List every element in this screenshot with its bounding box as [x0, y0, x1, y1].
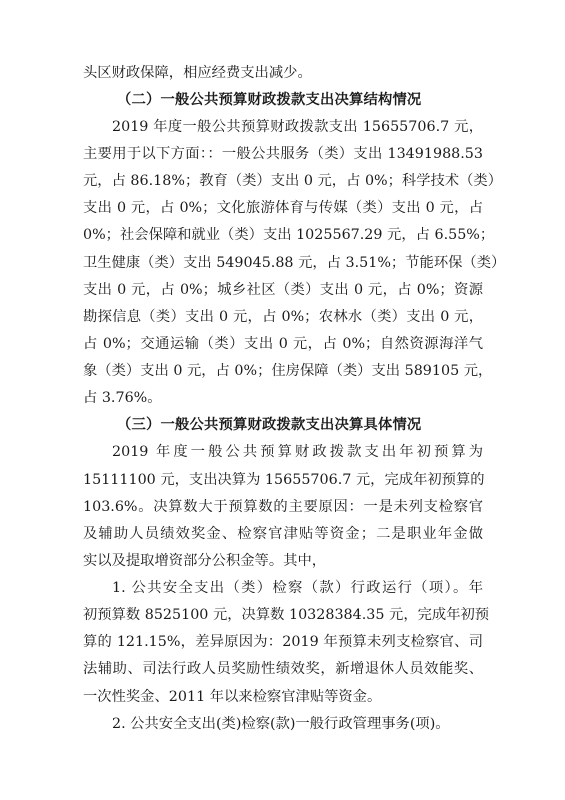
paragraph-line: 15111100 元，支出决算为 15655706.7 元，完成年初预算的 [83, 470, 483, 490]
paragraph-line: 支出 0 元，占 0%；城乡社区（类）支出 0 元，占 0%；资源 [83, 280, 483, 300]
document-page: 头区财政保障，相应经费支出减少。 （二）一般公共预算财政拨款支出决算结构情况 2… [0, 0, 565, 800]
paragraph-line: 头区财政保障，相应经费支出减少。 [83, 63, 483, 83]
paragraph-line: 2019 年度一般公共预算财政拨款支出 15655706.7 元， [112, 117, 483, 137]
paragraph-line: 元，占 86.18%；教育（类）支出 0 元，占 0%；科学技术（类） [83, 171, 483, 191]
paragraph-line: 2019 年度一般公共预算财政拨款支出年初预算为 [112, 442, 483, 462]
list-item-1-line: 初预算数 8525100 元，决算数 10328384.35 元，完成年初预 [83, 605, 483, 625]
list-item-1-line: 一次性奖金、2011 年以来检察官津贴等资金。 [83, 687, 483, 707]
paragraph-line: 实以及提取增资部分公积金等。其中， [83, 551, 483, 571]
list-item-2-line: 2. 公共安全支出(类)检察(款)一般行政管理事务(项)。 [112, 714, 483, 734]
paragraph-line: 103.6%。决算数大于预算数的主要原因：一是未列支检察官 [83, 497, 483, 517]
paragraph-line: 象（类）支出 0 元，占 0%；住房保障（类）支出 589105 元， [83, 361, 483, 381]
paragraph-line: 卫生健康（类）支出 549045.88 元，占 3.51%；节能环保（类） [83, 253, 483, 273]
paragraph-line: 勘探信息（类）支出 0 元，占 0%；农林水（类）支出 0 元， [83, 307, 483, 327]
list-item-1-line: 算的 121.15%，差异原因为：2019 年预算未列支检察官、司 [83, 632, 483, 652]
paragraph-line: 占 3.76%。 [83, 388, 483, 408]
list-item-1-line: 法辅助、司法行政人员奖励性绩效奖，新增退休人员效能奖、 [83, 659, 483, 679]
list-item-1-line: 1. 公共安全支出（类）检察（款）行政运行（项）。年 [112, 578, 483, 598]
paragraph-line: 支出 0 元，占 0%；文化旅游体育与传媒（类）支出 0 元，占 [83, 198, 483, 218]
paragraph-line: 及辅助人员绩效奖金、检察官津贴等资金；二是职业年金做 [83, 524, 483, 544]
paragraph-line: 主要用于以下方面：：一般公共服务（类）支出 13491988.53 [83, 144, 483, 164]
section-heading-detail: （三）一般公共预算财政拨款支出决算具体情况 [117, 415, 457, 435]
paragraph-line: 占 0%；交通运输（类）支出 0 元，占 0%；自然资源海洋气 [83, 334, 483, 354]
section-heading-structure: （二）一般公共预算财政拨款支出决算结构情况 [117, 90, 457, 110]
paragraph-line: 0%；社会保障和就业（类）支出 1025567.29 元，占 6.55%； [83, 225, 483, 245]
